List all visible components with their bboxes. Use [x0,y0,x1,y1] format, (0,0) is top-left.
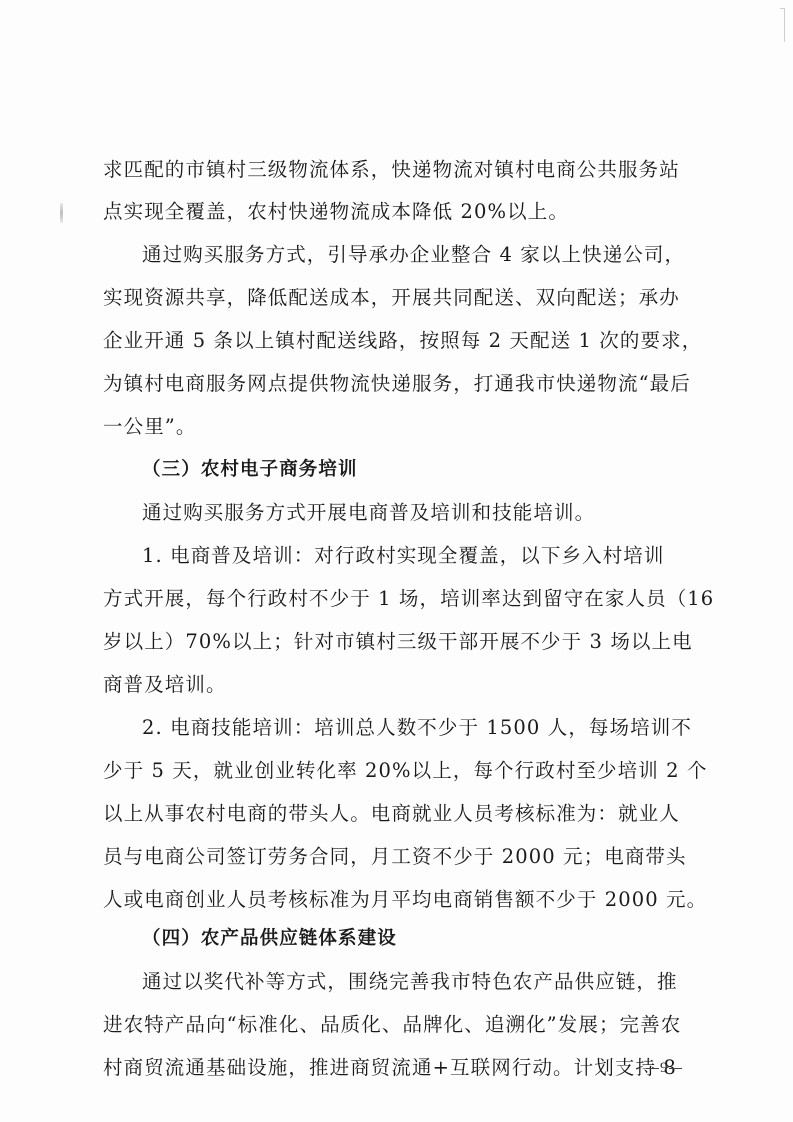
paragraph-line: 员与电商公司签订劳务合同，月工资不少于 2000 元；电商带头 [103,843,687,871]
scan-mark-artifact [60,203,63,223]
paragraph-line: 一公里”。 [103,413,196,441]
paragraph-line: 商普及培训。 [103,671,227,699]
paragraph-line: 方式开展，每个行政村不少于 1 场，培训率达到留守在家人员（16 [103,585,714,613]
paragraph-line: 岁以上）70%以上；针对市镇村三级干部开展不少于 3 场以上电 [103,628,693,656]
section-heading-3: （三）农村电子商务培训 [142,456,358,484]
paragraph-line: 通过以奖代补等方式，围绕完善我市特色农产品供应链，推 [142,968,678,996]
paragraph-line: 2. 电商技能培训：培训总人数不少于 1500 人，每场培训不 [142,714,692,742]
scan-edge-artifact [784,8,785,42]
paragraph-line: 企业开通 5 条以上镇村配送线路，按照每 2 天配送 1 次的要求， [103,327,702,355]
paragraph-line: 实现资源共享，降低配送成本，开展共同配送、双向配送；承办 [103,284,680,312]
paragraph-line: 村商贸流通基础设施，推进商贸流通+互联网行动。计划支持 8 [103,1054,677,1082]
page-number-value: 9 [660,1060,668,1076]
dash-decoration [669,1068,682,1069]
section-heading-4: （四）农产品供应链体系建设 [142,925,397,953]
paragraph-line: 以上从事农村电商的带头人。电商就业人员考核标准为：就业人 [103,800,680,828]
paragraph-line: 1. 电商普及培训：对行政村实现全覆盖，以下乡入村培训 [142,542,665,570]
paragraph-line: 人或电商创业人员考核标准为月平均电商销售额不少于 2000 元。 [103,886,707,914]
document-page: 求匹配的市镇村三级物流体系，快递物流对镇村电商公共服务站 点实现全覆盖，农村快递… [0,0,793,1122]
paragraph-line: 进农特产品向“标准化、品质化、品牌化、追溯化”发展；完善农 [103,1011,681,1039]
dash-decoration [646,1068,659,1069]
paragraph-line: 通过购买服务方式开展电商普及培训和技能培训。 [142,499,595,527]
page-number: 9 [645,1060,683,1077]
paragraph-line: 通过购买服务方式，引导承办企业整合 4 家以上快递公司， [142,241,685,269]
paragraph-line: 点实现全覆盖，农村快递物流成本降低 20%以上。 [103,198,569,226]
paragraph-line: 求匹配的市镇村三级物流体系，快递物流对镇村电商公共服务站 [103,156,680,184]
paragraph-line: 为镇村电商服务网点提供物流快递服务，打通我市快递物流“最后 [103,370,691,398]
paragraph-line: 少于 5 天，就业创业转化率 20%以上，每个行政村至少培训 2 个 [103,757,708,785]
